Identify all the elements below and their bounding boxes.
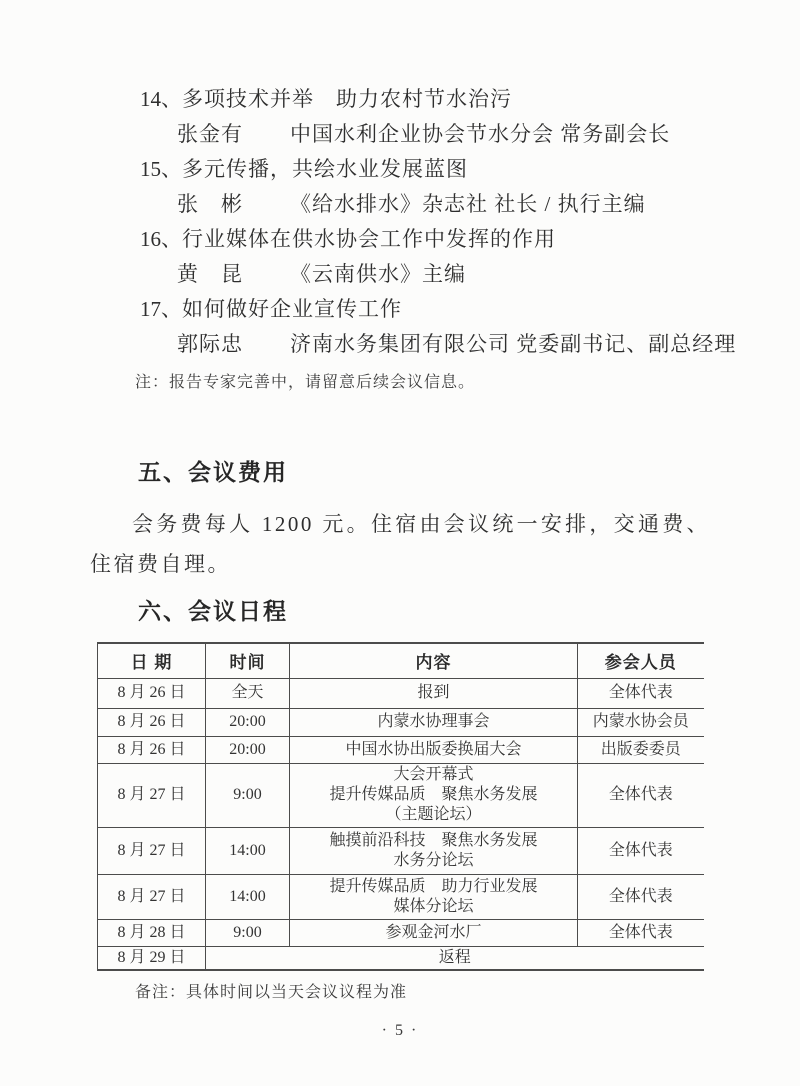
report-item-speaker: 黄 昆《云南供水》主编 [90, 257, 710, 292]
speaker-affiliation: 济南水务集团有限公司 党委副书记、副总经理 [290, 332, 736, 356]
table-row: 8 月 27 日 9:00 大会开幕式 提升传媒品质 聚焦水务发展 （主题论坛）… [98, 763, 704, 827]
cell-content: 参观金河水厂 [290, 919, 578, 946]
schedule-note: 备注：具体时间以当天会议议程为准 [90, 980, 710, 1006]
cell-time: 20:00 [206, 736, 290, 763]
cell-date: 8 月 29 日 [98, 946, 206, 970]
item-title-text: 行业媒体在供水协会工作中发挥的作用 [182, 227, 556, 251]
header-content: 内容 [290, 643, 578, 678]
item-number: 17、 [140, 297, 182, 321]
report-item-title: 14、多项技术并举 助力农村节水治污 [90, 82, 710, 117]
report-item-title: 17、如何做好企业宣传工作 [90, 292, 710, 327]
table-row: 8 月 26 日 20:00 内蒙水协理事会 内蒙水协会员 [98, 708, 704, 736]
cell-date: 8 月 27 日 [98, 827, 206, 874]
cell-time: 20:00 [206, 708, 290, 736]
fee-paragraph: 会务费每人 1200 元。住宿由会议统一安排，交通费、住宿费自理。 [90, 504, 710, 584]
content-line: 媒体分论坛 [292, 897, 575, 917]
content-line: 提升传媒品质 聚焦水务发展 [292, 785, 575, 805]
cell-time: 9:00 [206, 919, 290, 946]
speaker-affiliation: 《云南供水》主编 [290, 262, 466, 286]
content-line: 水务分论坛 [292, 851, 575, 871]
cell-content: 提升传媒品质 助力行业发展 媒体分论坛 [290, 874, 578, 919]
content-line: 触摸前沿科技 聚焦水务发展 [292, 831, 575, 851]
item-number: 15、 [140, 157, 182, 181]
cell-participants: 全体代表 [578, 919, 704, 946]
item-title-text: 多元传播，共绘水业发展蓝图 [182, 157, 468, 181]
cell-date: 8 月 26 日 [98, 678, 206, 708]
cell-participants: 出版委委员 [578, 736, 704, 763]
page-number: · 5 · [0, 1022, 800, 1040]
cell-content: 中国水协出版委换届大会 [290, 736, 578, 763]
item-number: 16、 [140, 227, 182, 251]
report-item-title: 15、多元传播，共绘水业发展蓝图 [90, 152, 710, 187]
table-row: 8 月 26 日 20:00 中国水协出版委换届大会 出版委委员 [98, 736, 704, 763]
cell-content: 报到 [290, 678, 578, 708]
speaker-name: 郭际忠 [177, 327, 290, 362]
speaker-name: 张金有 [177, 117, 290, 152]
table-header-row: 日 期 时间 内容 参会人员 [98, 643, 704, 678]
cell-date: 8 月 28 日 [98, 919, 206, 946]
speaker-name: 张 彬 [177, 187, 290, 222]
cell-date: 8 月 27 日 [98, 874, 206, 919]
table-row-return: 8 月 29 日 返程 [98, 946, 704, 970]
speaker-affiliation: 中国水利企业协会节水分会 常务副会长 [290, 122, 670, 146]
report-item-speaker: 张金有中国水利企业协会节水分会 常务副会长 [90, 117, 710, 152]
speaker-affiliation: 《给水排水》杂志社 社长 / 执行主编 [290, 192, 646, 216]
cell-content: 触摸前沿科技 聚焦水务发展 水务分论坛 [290, 827, 578, 874]
section-heading-schedule: 六、会议日程 [90, 594, 710, 628]
cell-participants: 全体代表 [578, 874, 704, 919]
page-content: 14、多项技术并举 助力农村节水治污 张金有中国水利企业协会节水分会 常务副会长… [90, 0, 710, 1006]
cell-participants: 全体代表 [578, 678, 704, 708]
header-date: 日 期 [98, 643, 206, 678]
report-list: 14、多项技术并举 助力农村节水治污 张金有中国水利企业协会节水分会 常务副会长… [90, 0, 710, 398]
table-row: 8 月 26 日 全天 报到 全体代表 [98, 678, 704, 708]
cell-participants: 内蒙水协会员 [578, 708, 704, 736]
cell-content-merged: 返程 [206, 946, 704, 970]
cell-time: 14:00 [206, 827, 290, 874]
table-row: 8 月 28 日 9:00 参观金河水厂 全体代表 [98, 919, 704, 946]
cell-time: 14:00 [206, 874, 290, 919]
cell-date: 8 月 27 日 [98, 763, 206, 827]
cell-participants: 全体代表 [578, 827, 704, 874]
report-item-speaker: 张 彬《给水排水》杂志社 社长 / 执行主编 [90, 187, 710, 222]
item-number: 14、 [140, 87, 182, 111]
document-page: 14、多项技术并举 助力农村节水治污 张金有中国水利企业协会节水分会 常务副会长… [0, 0, 800, 1086]
schedule-table: 日 期 时间 内容 参会人员 8 月 26 日 全天 报到 全体代表 8 月 2… [97, 642, 704, 971]
content-line: （主题论坛） [292, 805, 575, 825]
item-title-text: 多项技术并举 助力农村节水治污 [182, 87, 512, 111]
report-item-title: 16、行业媒体在供水协会工作中发挥的作用 [90, 222, 710, 257]
report-item-speaker: 郭际忠济南水务集团有限公司 党委副书记、副总经理 [90, 327, 710, 362]
item-title-text: 如何做好企业宣传工作 [182, 297, 402, 321]
cell-date: 8 月 26 日 [98, 708, 206, 736]
content-line: 大会开幕式 [292, 765, 575, 785]
content-line: 提升传媒品质 助力行业发展 [292, 877, 575, 897]
header-participants: 参会人员 [578, 643, 704, 678]
cell-content: 内蒙水协理事会 [290, 708, 578, 736]
report-list-note: 注：报告专家完善中，请留意后续会议信息。 [90, 368, 710, 398]
table-row: 8 月 27 日 14:00 触摸前沿科技 聚焦水务发展 水务分论坛 全体代表 [98, 827, 704, 874]
header-time: 时间 [206, 643, 290, 678]
speaker-name: 黄 昆 [177, 257, 290, 292]
section-heading-fee: 五、会议费用 [90, 455, 710, 489]
cell-content: 大会开幕式 提升传媒品质 聚焦水务发展 （主题论坛） [290, 763, 578, 827]
cell-participants: 全体代表 [578, 763, 704, 827]
cell-time: 9:00 [206, 763, 290, 827]
table-row: 8 月 27 日 14:00 提升传媒品质 助力行业发展 媒体分论坛 全体代表 [98, 874, 704, 919]
cell-time: 全天 [206, 678, 290, 708]
cell-date: 8 月 26 日 [98, 736, 206, 763]
